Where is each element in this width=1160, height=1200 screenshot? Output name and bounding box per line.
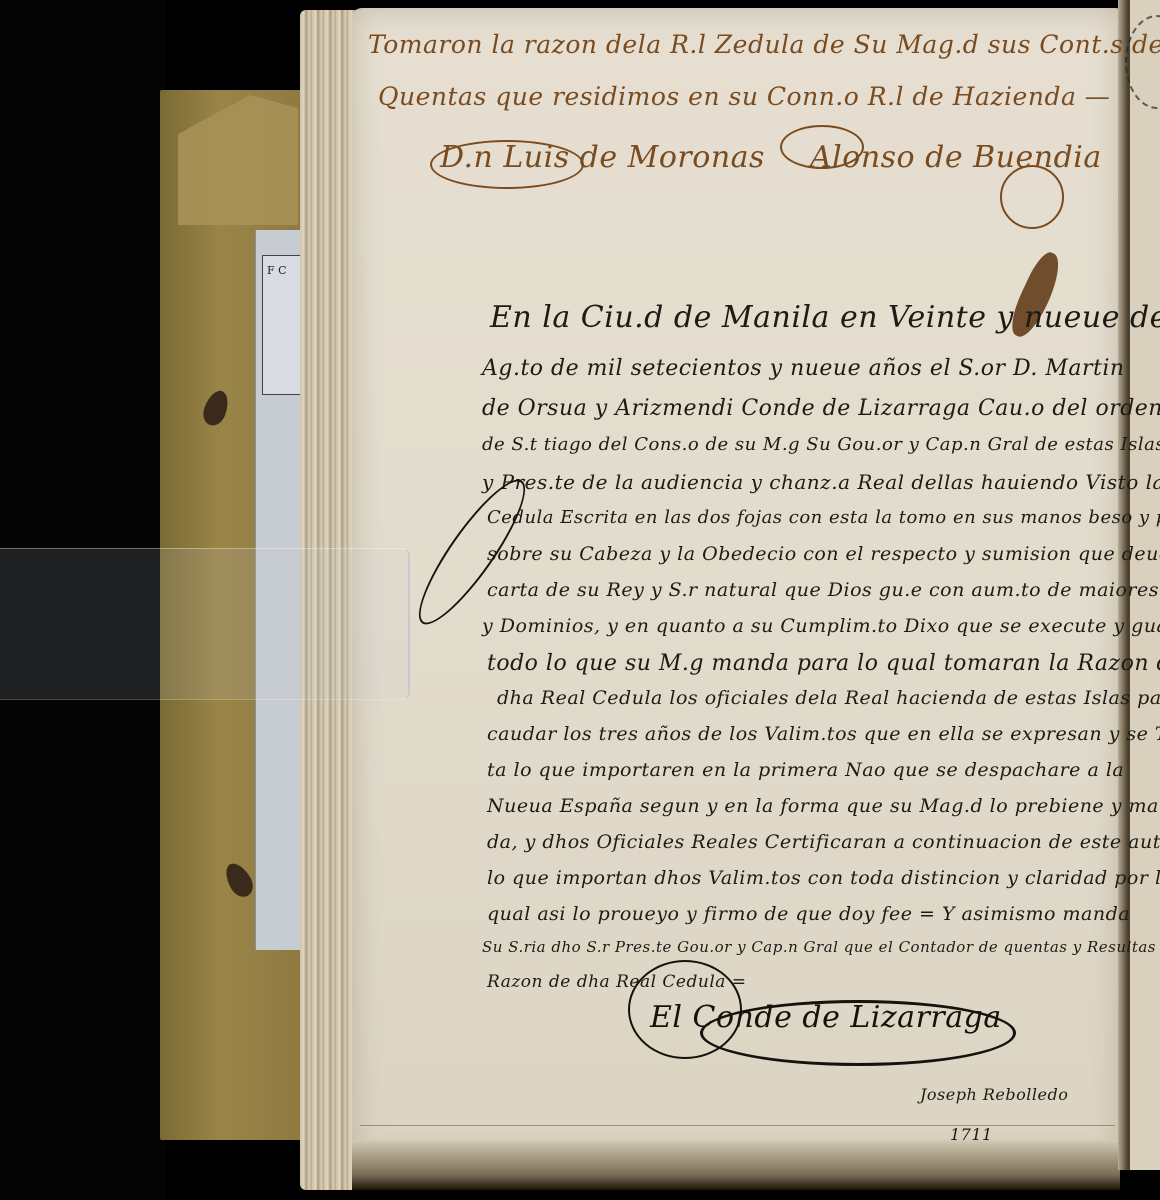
body-line: En la Ciu.d de Manila en Veinte y nueue …: [490, 300, 1160, 335]
page-fold-line: [360, 1125, 1115, 1126]
rubric-flourish: [430, 140, 584, 189]
signature-rubric: [700, 1000, 1016, 1066]
body-line: da, y dhos Oficiales Reales Certificaran…: [487, 831, 1160, 853]
body-line: Nueua España segun y en la forma que su …: [487, 795, 1160, 817]
page-bottom-edge: [352, 1140, 1120, 1190]
body-line: dha Real Cedula los oficiales dela Real …: [497, 687, 1160, 709]
signature-notary: Joseph Rebolledo: [920, 1085, 1068, 1104]
body-line: y Pres.te de la audiencia y chanz.a Real…: [482, 470, 1160, 494]
body-line: lo que importan dhos Valim.tos con toda …: [487, 867, 1160, 889]
body-line: de Orsua y Arizmendi Conde de Lizarraga …: [482, 396, 1160, 421]
body-line: qual asi lo proueyo y firmo de que doy f…: [487, 903, 1130, 925]
body-line: sobre su Cabeza y la Obedecio con el res…: [487, 543, 1160, 565]
folio-mark: 1711: [950, 1125, 993, 1144]
body-line: Ag.to de mil setecientos y nueue años el…: [482, 356, 1125, 381]
body-line: y Dominios, y en quanto a su Cumplim.to …: [482, 615, 1160, 637]
body-line: ta lo que importaren en la primera Nao q…: [487, 759, 1124, 781]
acrylic-page-holder: [0, 548, 410, 700]
rubric-flourish: [780, 125, 864, 169]
header-line: Quentas que residimos en su Conn.o R.l d…: [378, 82, 1110, 111]
body-line: carta de su Rey y S.r natural que Dios g…: [487, 579, 1160, 601]
body-line: Su S.ria dho S.r Pres.te Gou.or y Cap.n …: [482, 938, 1160, 956]
body-line: todo lo que su M.g manda para lo qual to…: [487, 651, 1160, 676]
body-line: caudar los tres años de los Valim.tos qu…: [487, 723, 1160, 745]
rubric-flourish: [1000, 165, 1064, 229]
header-line: Tomaron la razon dela R.l Zedula de Su M…: [368, 30, 1160, 59]
body-line: de S.t tiago del Cons.o de su M.g Su Gou…: [482, 434, 1160, 455]
body-line: Cedula Escrita en las dos fojas con esta…: [487, 507, 1160, 528]
